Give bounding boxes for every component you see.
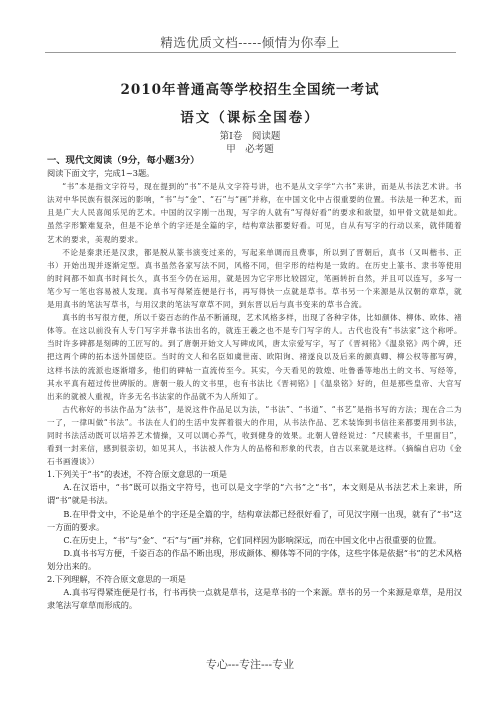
passage-paragraph: “书”本是指文字符号，现在提到的“书”不是从文字符号讲，也不是从文字学“六书”来… xyxy=(47,180,462,245)
page-header: 精选优质文档-----倾情为你奉上 xyxy=(0,33,500,51)
section-label: 甲 必考题 xyxy=(0,141,500,155)
question-stem: 2.下列理解，不符合原文意思的一项是 xyxy=(47,573,462,586)
exam-title: 2010年普通高等学校招生全国统一考试 xyxy=(0,78,500,98)
question-option: B.在甲骨文中，不论是单个的字还是全篇的字，结构章法都已经很好看了，可见汉字刚一… xyxy=(47,508,462,534)
question-stem: 1.下列关于“书”的表述，不符合原文意思的一项是 xyxy=(47,468,462,481)
page-footer: 专心---专注---专业 xyxy=(0,656,500,672)
part1-heading: 一、现代文阅读（9分，每小题3分） xyxy=(47,154,462,167)
exam-subtitle: 语文（课标全国卷） xyxy=(0,106,500,126)
volume-label: 第Ⅰ卷 阅读题 xyxy=(0,128,500,142)
document-body: 一、现代文阅读（9分，每小题3分） 阅读下面文字，完成1~3题。 “书”本是指文… xyxy=(47,154,462,612)
part1-instruction: 阅读下面文字，完成1~3题。 xyxy=(47,167,462,180)
question-option: D.真书书写方便，千姿百态的作品不断出现，形成颜体、柳体等不同的字体，这些字体是… xyxy=(47,547,462,573)
question-option: A.在汉语中，“书”既可以指文字符号，也可以是文字学的“六书”之“书”，本文则是… xyxy=(47,481,462,507)
passage-paragraph: 不论是秦隶还是汉隶，都是脱从篆书演变过来的，写起来单调而且费事，所以到了晋朝后，… xyxy=(47,246,462,311)
passage-paragraph: 真书的书写很方便，所以千姿百态的作品不断涌现，艺术风格多样，出现了各种字体，比如… xyxy=(47,311,462,403)
header-divider xyxy=(45,52,456,53)
question-option: A.真书写得紧连便是行书，行书再快一点就是草书，这是草书的一个来源。草书的另一个… xyxy=(47,586,462,612)
passage-paragraph: 古代称好的书法作品为“法书”，是说这件作品足以为法，“书法”、“书道”、“书艺”… xyxy=(47,403,462,468)
question-option: C.在历史上，“书”与“金”、“石”与“画”并称，它们同样因为影响深远，而在中国… xyxy=(47,534,462,547)
